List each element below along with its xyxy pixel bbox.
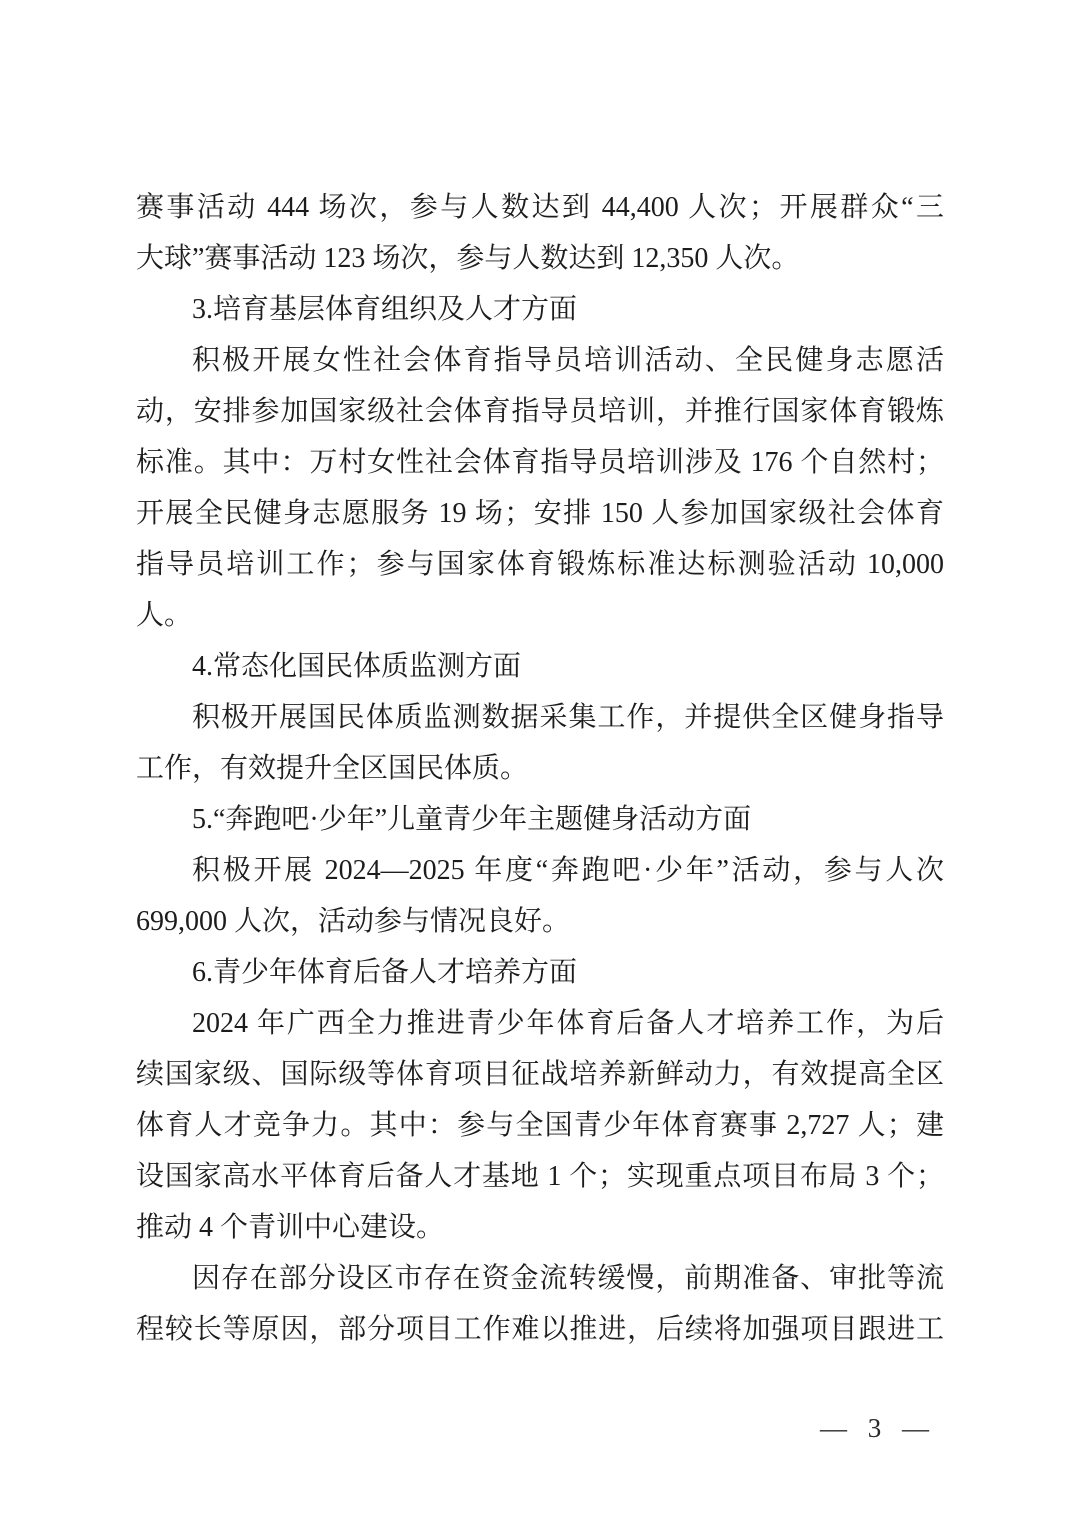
section-heading: 5.“奔跑吧·少年”儿童青少年主题健身活动方面 <box>136 794 944 845</box>
text-line: 推动 4 个青训中心建设。 <box>136 1202 944 1253</box>
text-line: 续国家级、国际级等体育项目征战培养新鲜动力，有效提高全区 <box>136 1049 944 1100</box>
section-heading: 3.培育基层体育组织及人才方面 <box>136 284 944 335</box>
text-line: 工作，有效提升全区国民体质。 <box>136 743 944 794</box>
text-line: 赛事活动 444 场次，参与人数达到 44,400 人次；开展群众“三 <box>136 182 944 233</box>
text-line: 积极开展国民体质监测数据采集工作，并提供全区健身指导 <box>136 692 944 743</box>
text-line: 体育人才竞争力。其中：参与全国青少年体育赛事 2,727 人；建 <box>136 1100 944 1151</box>
text-line: 大球”赛事活动 123 场次，参与人数达到 12,350 人次。 <box>136 233 944 284</box>
text-line: 因存在部分设区市存在资金流转缓慢，前期准备、审批等流 <box>136 1253 944 1304</box>
text-line: 积极开展女性社会体育指导员培训活动、全民健身志愿活 <box>136 335 944 386</box>
text-line: 设国家高水平体育后备人才基地 1 个；实现重点项目布局 3 个； <box>136 1151 944 1202</box>
document-body: 赛事活动 444 场次，参与人数达到 44,400 人次；开展群众“三 大球”赛… <box>136 182 944 1355</box>
section-heading: 4.常态化国民体质监测方面 <box>136 641 944 692</box>
text-line: 动，安排参加国家级社会体育指导员培训，并推行国家体育锻炼 <box>136 386 944 437</box>
text-line: 积极开展 2024—2025 年度“奔跑吧·少年”活动，参与人次 <box>136 845 944 896</box>
text-line: 699,000 人次，活动参与情况良好。 <box>136 896 944 947</box>
text-line: 人。 <box>136 590 944 641</box>
page-number: — 3 — <box>820 1406 929 1450</box>
text-line: 2024 年广西全力推进青少年体育后备人才培养工作，为后 <box>136 998 944 1049</box>
text-line: 开展全民健身志愿服务 19 场；安排 150 人参加国家级社会体育 <box>136 488 944 539</box>
text-line: 程较长等原因，部分项目工作难以推进，后续将加强项目跟进工 <box>136 1304 944 1355</box>
document-page: 赛事活动 444 场次，参与人数达到 44,400 人次；开展群众“三 大球”赛… <box>0 0 1074 1520</box>
text-line: 标准。其中：万村女性社会体育指导员培训涉及 176 个自然村； <box>136 437 944 488</box>
section-heading: 6.青少年体育后备人才培养方面 <box>136 947 944 998</box>
text-line: 指导员培训工作；参与国家体育锻炼标准达标测验活动 10,000 <box>136 539 944 590</box>
